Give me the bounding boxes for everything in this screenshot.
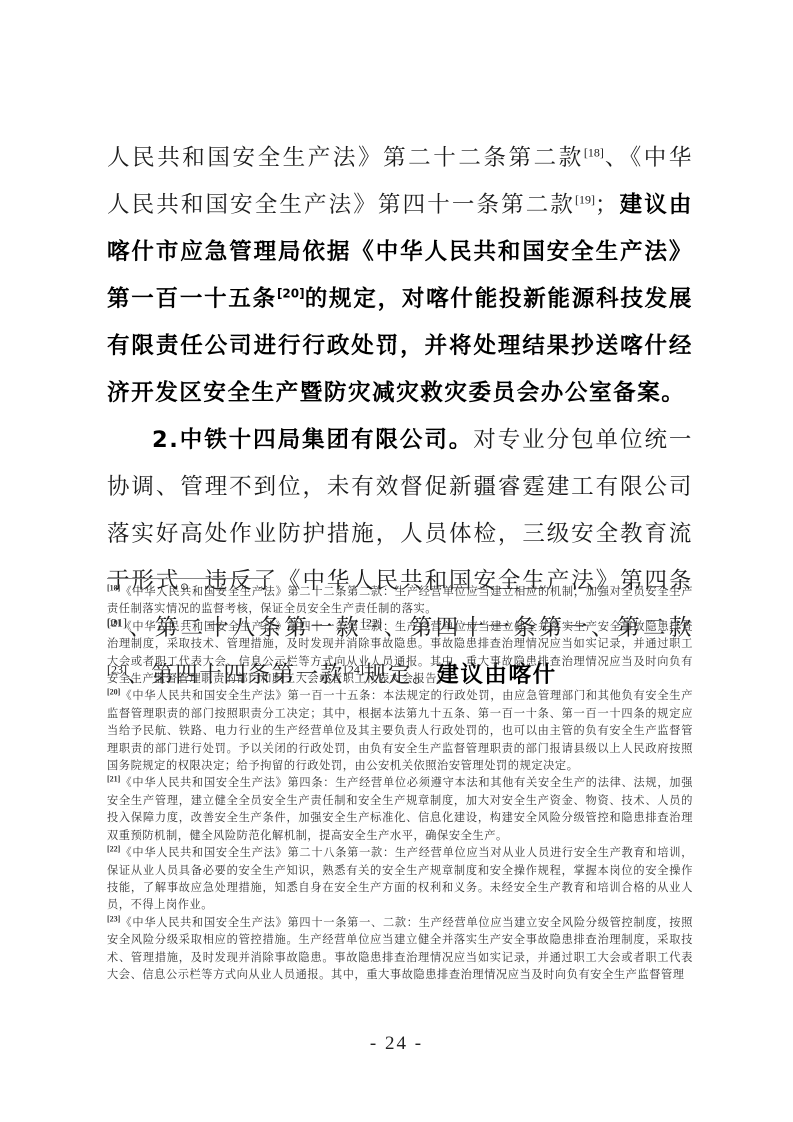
paragraph-1: 人民共和国安全生产法》第二十二条第二款[18]、《中华人民共和国安全生产法》第四…: [107, 135, 693, 417]
footnote-marker: [18]: [107, 583, 120, 592]
footnotes: [18]《中华人民共和国安全生产法》第二十二条第二款：生产经营单位应当建立相应的…: [107, 583, 693, 983]
footnote-marker: [21]: [107, 775, 120, 784]
text: 人民共和国安全生产法》第二十二条第二款: [107, 145, 584, 171]
footnote-text: 《中华人民共和国安全生产法》第四十一条第二款：生产经营单位应当建立健全并落实生产…: [107, 620, 693, 685]
footnote-23: [23]《中华人民共和国安全生产法》第四十一条第一、二款：生产经营单位应当建立安…: [107, 914, 693, 984]
footnote-text: 《中华人民共和国安全生产法》第二十八条第一款：生产经营单位应当对从业人员进行安全…: [107, 846, 693, 911]
footnote-separator: [107, 578, 270, 579]
footnote-text: 《中华人民共和国安全生产法》第二十二条第二款：生产经营单位应当建立相应的机制，加…: [107, 585, 693, 615]
footnote-ref-20[interactable]: [20]: [277, 287, 305, 301]
footnote-marker: [20]: [107, 688, 120, 697]
footnote-marker: [22]: [107, 844, 120, 853]
footnote-20: [20]《中华人民共和国安全生产法》第一百一十五条：本法规定的行政处罚，由应急管…: [107, 687, 693, 774]
footnote-marker: [23]: [107, 914, 120, 923]
section-heading: 2.中铁十四局集团有限公司。: [152, 427, 473, 453]
footnote-text: 《中华人民共和国安全生产法》第四十一条第一、二款：生产经营单位应当建立安全风险分…: [107, 916, 693, 981]
footnote-18: [18]《中华人民共和国安全生产法》第二十二条第二款：生产经营单位应当建立相应的…: [107, 583, 693, 618]
footnote-marker: [19]: [107, 618, 120, 627]
footnote-ref-18[interactable]: [18]: [584, 146, 604, 160]
footnote-19: [19]《中华人民共和国安全生产法》第四十一条第二款：生产经营单位应当建立健全并…: [107, 618, 693, 688]
footnote-22: [22]《中华人民共和国安全生产法》第二十八条第一款：生产经营单位应当对从业人员…: [107, 844, 693, 914]
footnote-ref-19[interactable]: [19]: [575, 193, 595, 207]
footnote-text: 《中华人民共和国安全生产法》第一百一十五条：本法规定的行政处罚，由应急管理部门和…: [107, 689, 693, 772]
footnote-21: [21]《中华人民共和国安全生产法》第四条：生产经营单位必须遵守本法和其他有关安…: [107, 774, 693, 844]
text: ；: [595, 192, 619, 218]
footnote-text: 《中华人民共和国安全生产法》第四条：生产经营单位必须遵守本法和其他有关安全生产的…: [107, 776, 693, 841]
document-page: 人民共和国安全生产法》第二十二条第二款[18]、《中华人民共和国安全生产法》第四…: [0, 0, 793, 1122]
page-number: - 24 -: [0, 1033, 793, 1055]
